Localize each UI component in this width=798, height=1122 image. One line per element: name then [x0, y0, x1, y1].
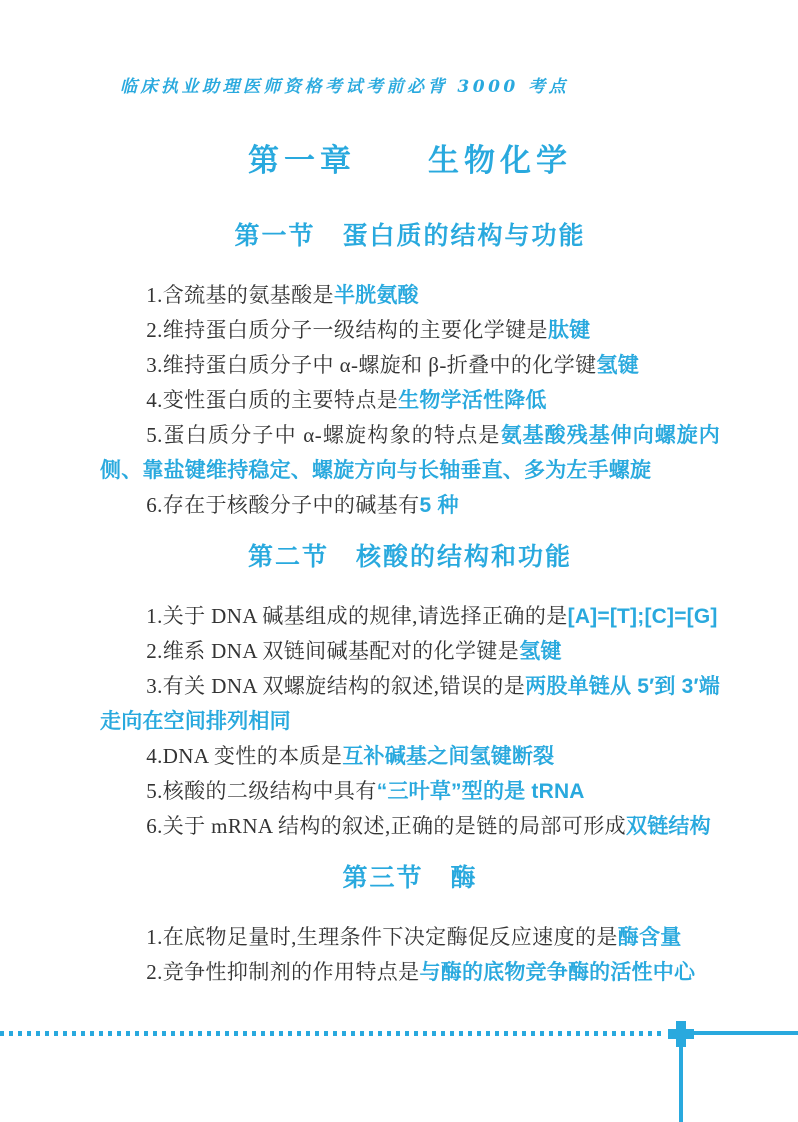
question-text: 3.有关 DNA 双螺旋结构的叙述,错误的是 [146, 674, 525, 698]
question-item: 6.关于 mRNA 结构的叙述,正确的是链的局部可形成双链结构 [100, 809, 720, 844]
answer-highlight: 酶含量 [618, 926, 682, 949]
question-text: 6.关于 mRNA 结构的叙述,正确的是链的局部可形成 [146, 814, 626, 838]
page-content: 临床执业助理医师资格考试考前必背 3000 考点 第一章 生物化学 第一节 蛋白… [100, 0, 720, 990]
question-item: 2.竞争性抑制剂的作用特点是与酶的底物竞争酶的活性中心 [100, 955, 720, 990]
question-item: 6.存在于核酸分子中的碱基有5 种 [100, 488, 720, 523]
question-item: 4.变性蛋白质的主要特点是生物学活性降低 [100, 383, 720, 418]
answer-highlight: 互补碱基之间氢键断裂 [342, 745, 554, 768]
answer-highlight: 5 种 [420, 494, 459, 517]
book-page: 临床执业助理医师资格考试考前必背 3000 考点 第一章 生物化学 第一节 蛋白… [0, 0, 798, 1122]
question-item: 1.在底物足量时,生理条件下决定酶促反应速度的是酶含量 [100, 920, 720, 955]
question-item: 2.维持蛋白质分子一级结构的主要化学键是肽键 [100, 313, 720, 348]
question-item: 1.含巯基的氨基酸是半胱氨酸 [100, 278, 720, 313]
question-text: 1.关于 DNA 碱基组成的规律,请选择正确的是 [146, 604, 567, 628]
running-header: 临床执业助理医师资格考试考前必背 3000 考点 [120, 76, 720, 98]
sections-container: 第一节 蛋白质的结构与功能1.含巯基的氨基酸是半胱氨酸2.维持蛋白质分子一级结构… [100, 220, 720, 990]
question-text: 6.存在于核酸分子中的碱基有 [146, 493, 419, 517]
answer-highlight: 肽键 [548, 319, 590, 342]
question-text: 2.竞争性抑制剂的作用特点是 [146, 960, 419, 984]
question-item: 5.核酸的二级结构中具有“三叶草”型的是 tRNA [100, 774, 720, 809]
section-title: 第一节 蛋白质的结构与功能 [100, 220, 720, 252]
dotted-divider-line [0, 1031, 664, 1036]
question-item: 3.有关 DNA 双螺旋结构的叙述,错误的是两股单链从 5′到 3′端走向在空间… [100, 669, 720, 739]
answer-highlight: 氢键 [597, 354, 639, 377]
question-item: 1.关于 DNA 碱基组成的规律,请选择正确的是[A]=[T];[C]=[G] [100, 599, 720, 634]
question-text: 2.维系 DNA 双链间碱基配对的化学键是 [146, 639, 519, 663]
answer-highlight: [A]=[T];[C]=[G] [568, 605, 718, 628]
answer-highlight: 氢键 [519, 640, 561, 663]
question-item: 4.DNA 变性的本质是互补碱基之间氢键断裂 [100, 739, 720, 774]
question-text: 3.维持蛋白质分子中 α-螺旋和 β-折叠中的化学键 [146, 353, 596, 377]
question-item: 3.维持蛋白质分子中 α-螺旋和 β-折叠中的化学键氢键 [100, 348, 720, 383]
question-text: 2.维持蛋白质分子一级结构的主要化学键是 [146, 318, 548, 342]
question-item: 5.蛋白质分子中 α-螺旋构象的特点是氨基酸残基伸向螺旋内侧、靠盐键维持稳定、螺… [100, 418, 720, 488]
footer-vertical-line [679, 1047, 683, 1122]
question-text: 1.含巯基的氨基酸是 [146, 283, 334, 307]
section-title: 第二节 核酸的结构和功能 [100, 541, 720, 573]
footer-horizontal-line [694, 1031, 798, 1035]
answer-highlight: 与酶的底物竞争酶的活性中心 [420, 961, 696, 984]
chapter-title: 第一章 生物化学 [100, 142, 720, 180]
answer-highlight: 生物学活性降低 [398, 389, 546, 412]
answer-highlight: “三叶草”型的是 tRNA [377, 780, 585, 803]
question-item: 2.维系 DNA 双链间碱基配对的化学键是氢键 [100, 634, 720, 669]
question-text: 5.核酸的二级结构中具有 [146, 779, 377, 803]
question-text: 4.DNA 变性的本质是 [146, 744, 342, 768]
answer-highlight: 半胱氨酸 [334, 284, 419, 307]
question-text: 4.变性蛋白质的主要特点是 [146, 388, 398, 412]
question-text: 1.在底物足量时,生理条件下决定酶促反应速度的是 [146, 925, 618, 949]
section-title: 第三节 酶 [100, 862, 720, 894]
answer-highlight: 双链结构 [626, 815, 711, 838]
question-text: 5.蛋白质分子中 α-螺旋构象的特点是 [146, 423, 500, 447]
plus-cross-icon [668, 1021, 694, 1047]
